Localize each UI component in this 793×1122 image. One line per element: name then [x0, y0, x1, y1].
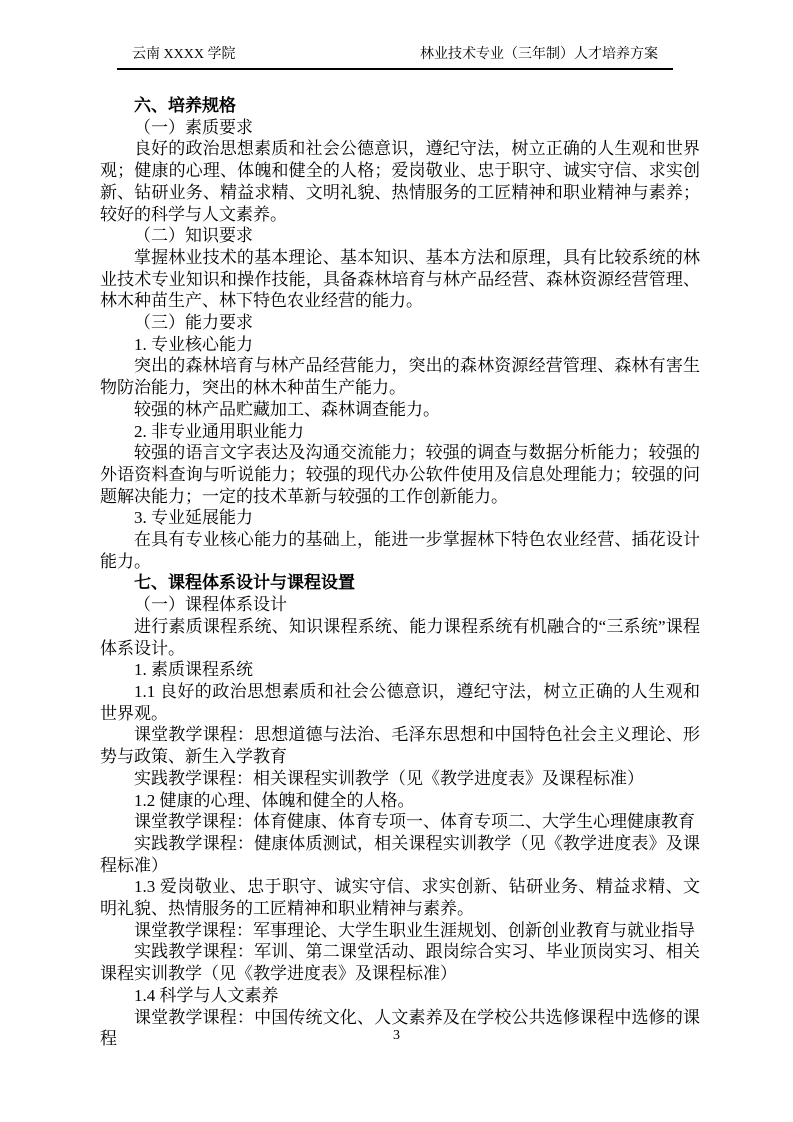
paragraph: （三）能力要求	[100, 312, 700, 334]
header-doc-title: 林业技术专业（三年制）人才培养方案	[420, 47, 658, 64]
page-footer: 3	[0, 1028, 793, 1045]
paragraph: 课堂教学课程：军事理论、大学生职业生涯规划、创新创业教育与就业指导	[100, 920, 700, 942]
page-header: 云南 XXXX 学院 林业技术专业（三年制）人才培养方案	[117, 44, 673, 70]
paragraph: 1. 专业核心能力	[100, 334, 700, 356]
section-heading: 七、课程体系设计与课程设置	[100, 572, 700, 594]
paragraph: 实践教学课程：军训、第二课堂活动、跟岗综合实习、毕业顶岗实习、相关课程实训教学（…	[100, 941, 700, 984]
document-body: 六、培养规格（一）素质要求良好的政治思想素质和社会公德意识，遵纪守法，树立正确的…	[100, 95, 700, 1050]
document-page: 云南 XXXX 学院 林业技术专业（三年制）人才培养方案 六、培养规格（一）素质…	[0, 0, 793, 1122]
paragraph: 1.3 爱岗敬业、忠于职守、诚实守信、求实创新、钻研业务、精益求精、文明礼貌、热…	[100, 876, 700, 919]
paragraph: 在具有专业核心能力的基础上，能进一步掌握林下特色农业经营、插花设计能力。	[100, 529, 700, 572]
paragraph: 实践教学课程：相关课程实训教学（见《教学进度表》及课程标准）	[100, 768, 700, 790]
paragraph: 良好的政治思想素质和社会公德意识，遵纪守法，树立正确的人生观和世界观；健康的心理…	[100, 138, 700, 225]
paragraph: 1.4 科学与人文素养	[100, 985, 700, 1007]
paragraph: 3. 专业延展能力	[100, 507, 700, 529]
paragraph: （一）素质要求	[100, 117, 700, 139]
paragraph: 掌握林业技术的基本理论、基本知识、基本方法和原理，具有比较系统的林业技术专业知识…	[100, 247, 700, 312]
paragraph: 较强的语言文字表达及沟通交流能力；较强的调查与数据分析能力；较强的外语资料查询与…	[100, 442, 700, 507]
paragraph: 实践教学课程：健康体质测试，相关课程实训教学（见《教学进度表》及课程标准）	[100, 833, 700, 876]
paragraph: 2. 非专业通用职业能力	[100, 421, 700, 443]
paragraph: （一）课程体系设计	[100, 594, 700, 616]
section-heading: 六、培养规格	[100, 95, 700, 117]
paragraph: 1. 素质课程系统	[100, 659, 700, 681]
paragraph: 较强的林产品贮藏加工、森林调查能力。	[100, 399, 700, 421]
paragraph: 进行素质课程系统、知识课程系统、能力课程系统有机融合的“三系统”课程体系设计。	[100, 616, 700, 659]
page-number: 3	[393, 1028, 400, 1043]
paragraph: 课堂教学课程：思想道德与法治、毛泽东思想和中国特色社会主义理论、形势与政策、新生…	[100, 724, 700, 767]
paragraph: 1.2 健康的心理、体魄和健全的人格。	[100, 790, 700, 812]
paragraph: 课堂教学课程：体育健康、体育专项一、体育专项二、大学生心理健康教育	[100, 811, 700, 833]
paragraph: （二）知识要求	[100, 225, 700, 247]
paragraph: 突出的森林培育与林产品经营能力，突出的森林资源经营管理、森林有害生物防治能力，突…	[100, 355, 700, 398]
header-school-name: 云南 XXXX 学院	[132, 47, 235, 64]
paragraph: 1.1 良好的政治思想素质和社会公德意识，遵纪守法，树立正确的人生观和世界观。	[100, 681, 700, 724]
